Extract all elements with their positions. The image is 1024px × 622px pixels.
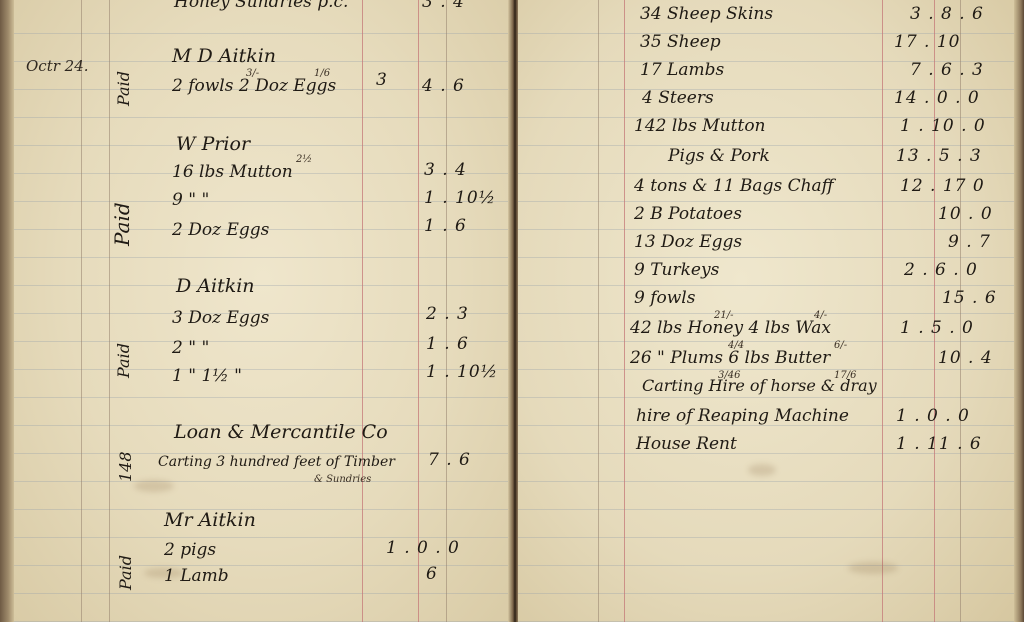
right-page: 34 Sheep Skins 3 . 8 . 6 35 Sheep 17 . 1… xyxy=(518,0,1014,622)
item-description: 9 fowls xyxy=(634,288,695,308)
margin-rule xyxy=(81,0,82,622)
item-description: 42 lbs Honey 4 lbs Wax xyxy=(630,318,831,338)
item-amount: 17 . 10 xyxy=(894,32,960,52)
ledger-spread: Honey Sundries p.c. 3 . 4 Octr 24. Paid … xyxy=(0,0,1024,622)
item-amount: 9 . 7 xyxy=(948,232,991,252)
account-name: Loan & Mercantile Co xyxy=(174,422,388,442)
item-amount: 1 . 0 . 0 xyxy=(386,538,460,558)
item-description: 16 lbs Mutton xyxy=(172,162,293,182)
item-amount: 1 . 10½ xyxy=(424,188,496,208)
cut-line-text: Honey Sundries p.c. xyxy=(174,0,348,12)
item-description: 26 " Plums 6 lbs Butter xyxy=(630,348,830,368)
item-amount: 1 . 5 . 0 xyxy=(900,318,974,338)
item-amount: 1 . 11 . 6 xyxy=(896,434,982,454)
left-page: Honey Sundries p.c. 3 . 4 Octr 24. Paid … xyxy=(14,0,512,622)
book-edge-right xyxy=(1014,0,1024,622)
item-amount: 3 . 8 . 6 xyxy=(910,4,984,24)
item-amount: 2 . 6 . 0 xyxy=(904,260,978,280)
item-amount: 4 . 6 xyxy=(422,76,465,96)
item-description: 1 " 1½ " xyxy=(172,366,242,386)
stain xyxy=(134,480,174,492)
price-note: 6/- xyxy=(834,336,847,356)
item-description: 1 Lamb xyxy=(164,566,229,586)
item-description: 13 Doz Eggs xyxy=(634,232,742,252)
item-amount: 7 . 6 xyxy=(428,450,471,470)
price-note: 2½ xyxy=(296,150,312,170)
account-name: Mr Aitkin xyxy=(164,510,256,530)
item-description: 2 B Potatoes xyxy=(634,204,742,224)
item-amount: 12 . 17 0 xyxy=(900,176,985,196)
paid-mark: Paid xyxy=(114,343,134,378)
item-amount: 1 . 10 . 0 xyxy=(900,116,986,136)
item-description: 4 Steers xyxy=(642,88,714,108)
item-description: 35 Sheep xyxy=(640,32,721,52)
item-amount: 3 . 4 xyxy=(424,160,467,180)
item-amount: 13 . 5 . 3 xyxy=(896,146,982,166)
item-description: 4 tons & 11 Bags Chaff xyxy=(634,176,834,196)
money-column-rule xyxy=(418,0,419,622)
item-description: Carting 3 hundred feet of Timber xyxy=(158,452,395,472)
item-description: 9 " " xyxy=(172,190,209,210)
item-description: 9 Turkeys xyxy=(634,260,719,280)
item-amount: 1 . 6 xyxy=(426,334,469,354)
margin-rule xyxy=(598,0,599,622)
money-column-rule xyxy=(362,0,363,622)
account-name: M D Aitkin xyxy=(172,46,276,66)
item-amount: 14 . 0 . 0 xyxy=(894,88,980,108)
item-amount: 1 . 10½ xyxy=(426,362,498,382)
item-amount: 1 . 0 . 0 xyxy=(896,406,970,426)
book-edge-left xyxy=(0,0,14,622)
item-description: Carting Hire of horse & dray xyxy=(642,376,877,396)
paid-mark: Paid xyxy=(112,202,132,246)
item-description: House Rent xyxy=(636,434,737,454)
account-name: D Aitkin xyxy=(176,276,255,296)
cut-line-amount: 3 . 4 xyxy=(422,0,465,12)
item-description: 2 " " xyxy=(172,338,209,358)
item-description: 34 Sheep Skins xyxy=(640,4,773,24)
item-amount: 10 . 4 xyxy=(938,348,993,368)
folio-number: 148 xyxy=(116,451,136,482)
item-amount: 10 . 0 xyxy=(938,204,993,224)
item-description: hire of Reaping Machine xyxy=(636,406,849,426)
money-column-rule xyxy=(882,0,883,622)
item-description: 2 fowls 2 Doz Eggs xyxy=(172,76,336,96)
margin-mark: 3 xyxy=(376,70,387,90)
item-amount: 15 . 6 xyxy=(942,288,997,308)
paid-mark: Paid xyxy=(116,555,136,590)
stain xyxy=(848,562,898,574)
stain xyxy=(748,464,776,476)
item-amount: 6 xyxy=(426,564,438,584)
item-note: & Sundries xyxy=(314,470,371,490)
entry-date: Octr 24. xyxy=(26,56,89,76)
item-amount: 1 . 6 xyxy=(424,216,467,236)
item-description: Pigs & Pork xyxy=(668,146,770,166)
item-amount: 2 . 3 xyxy=(426,304,469,324)
item-description: 2 pigs xyxy=(164,540,216,560)
paid-mark: Paid xyxy=(114,71,134,106)
margin-rule xyxy=(624,0,625,622)
margin-rule xyxy=(109,0,110,622)
account-name: W Prior xyxy=(176,134,250,154)
item-description: 17 Lambs xyxy=(640,60,724,80)
item-description: 142 lbs Mutton xyxy=(634,116,766,136)
item-amount: 7 . 6 . 3 xyxy=(910,60,984,80)
item-description: 3 Doz Eggs xyxy=(172,308,269,328)
item-description: 2 Doz Eggs xyxy=(172,220,269,240)
